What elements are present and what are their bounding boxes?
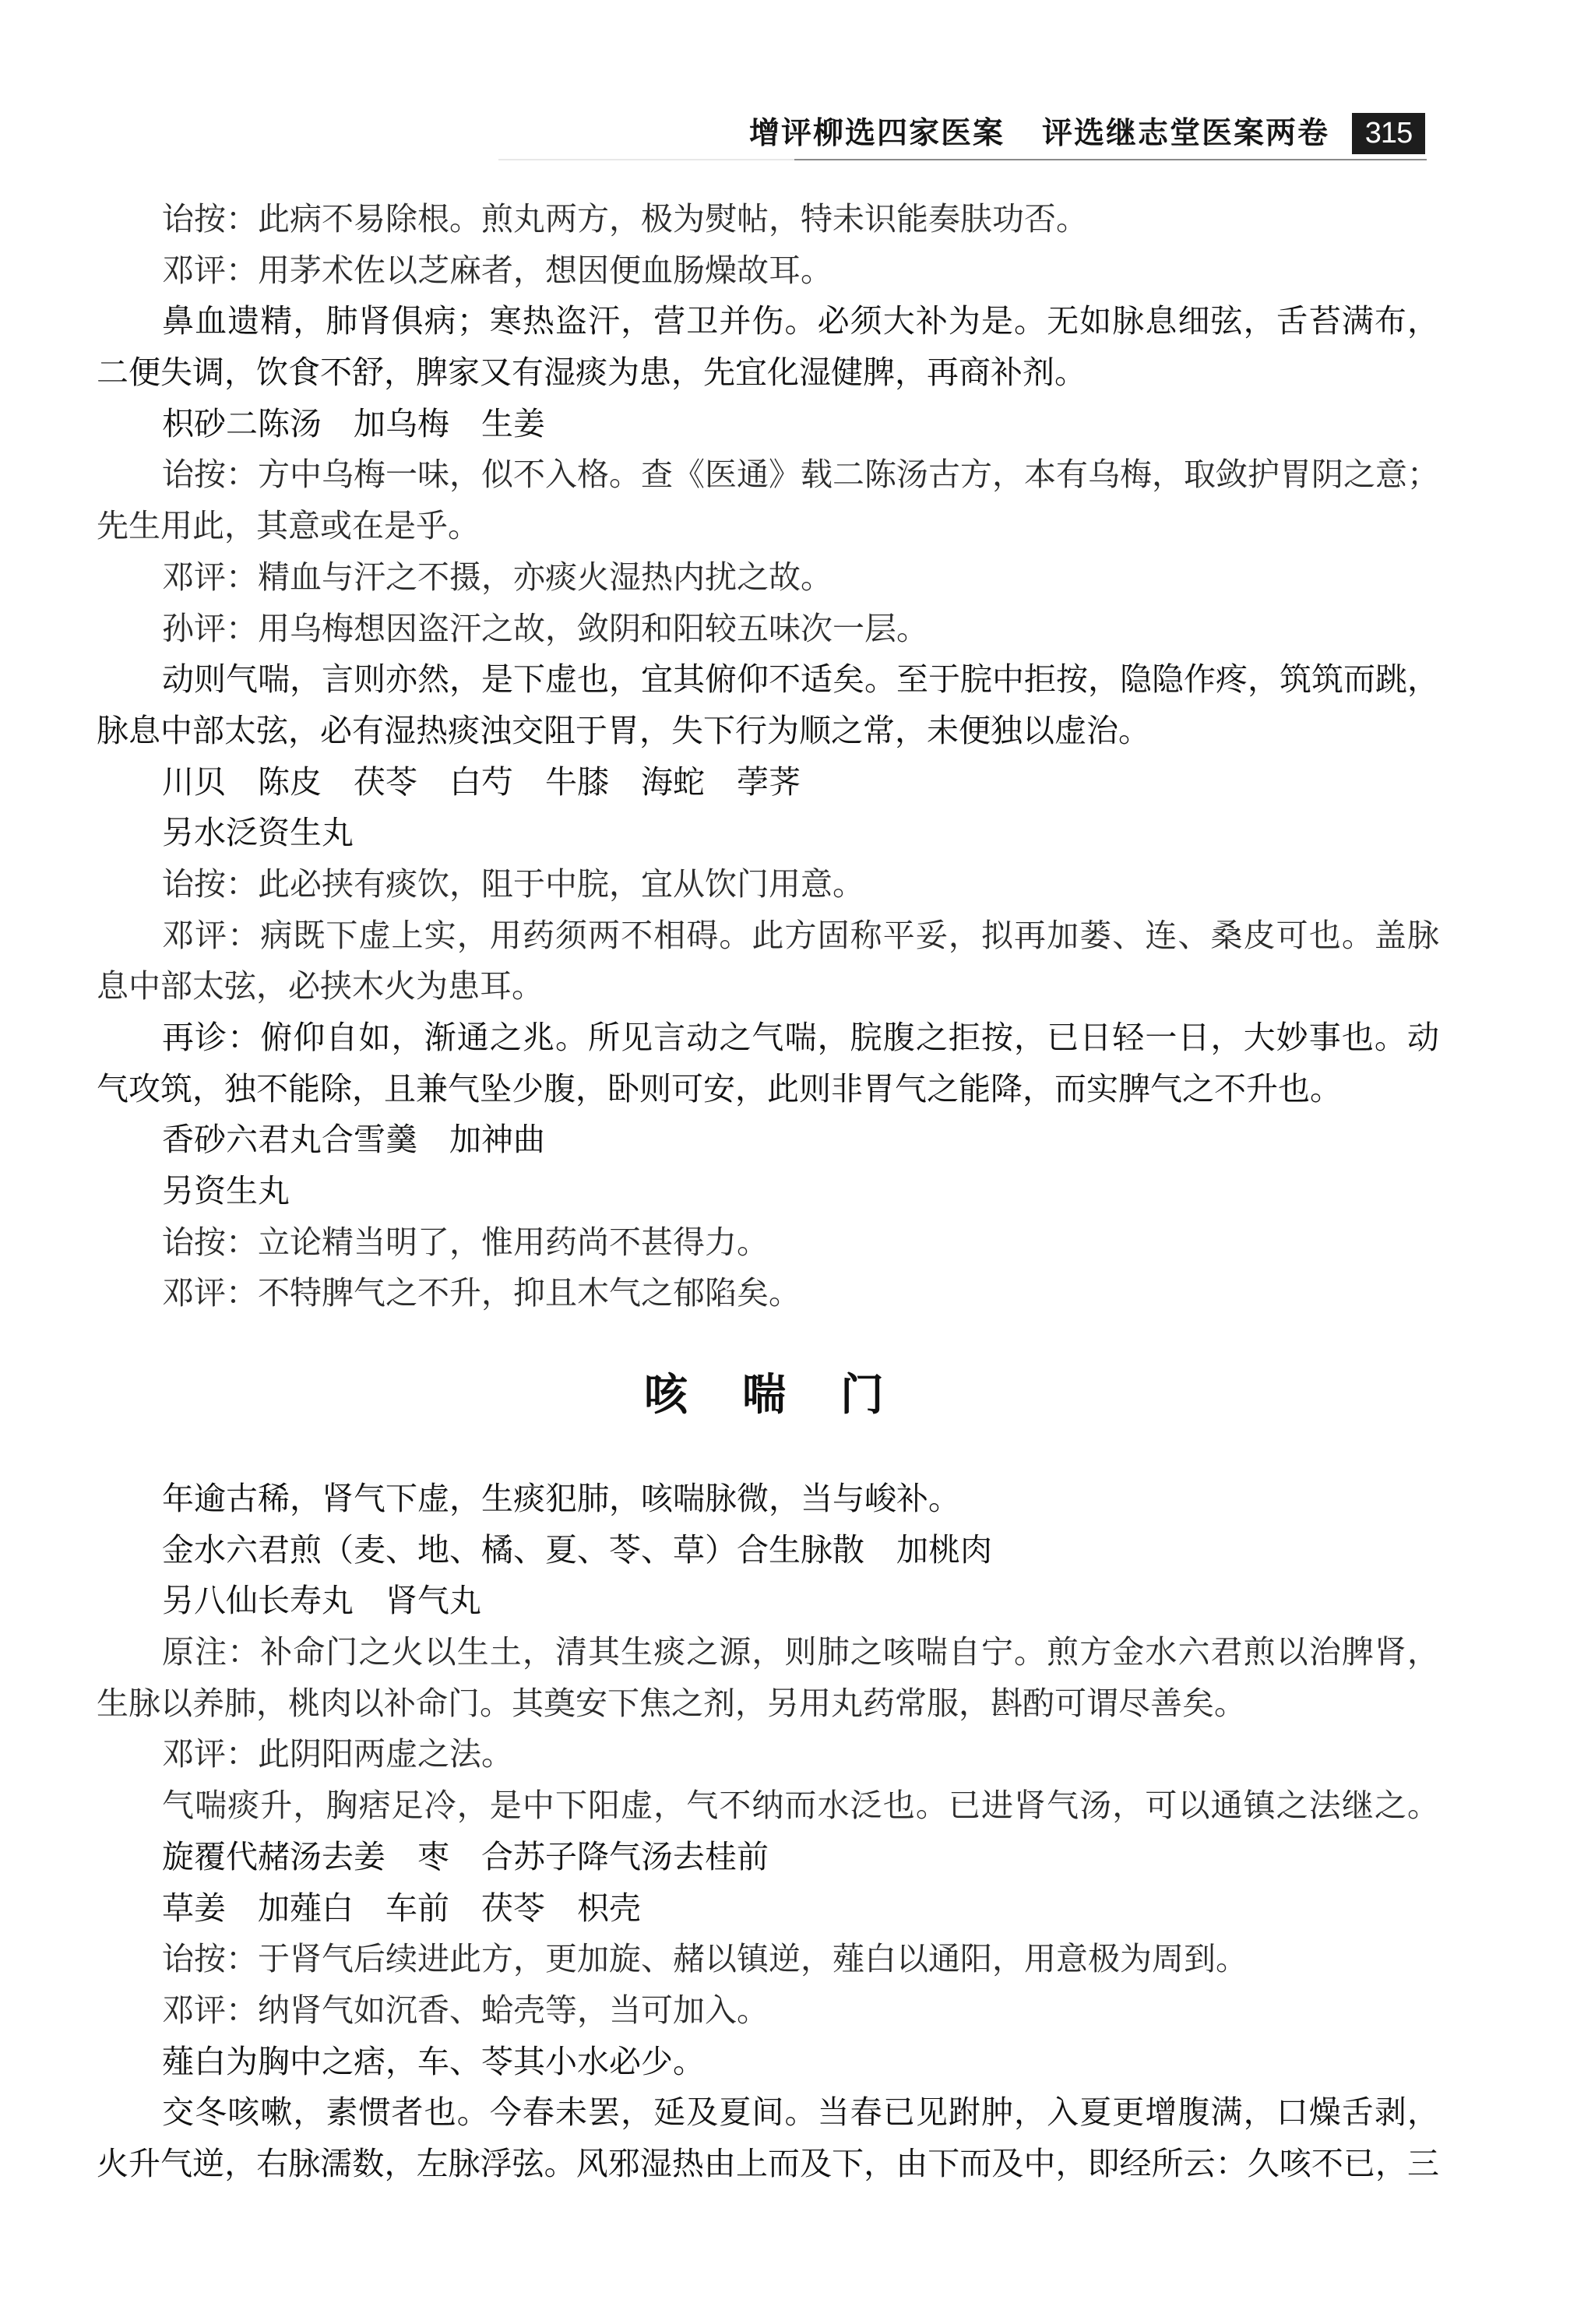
body-line: 脉息中部太弦，必有湿热痰浊交阻于胃，失下行为顺之常，未便独以虚治。 — [97, 706, 1439, 757]
body-line: 气喘痰升，胸痞足冷，是中下阳虚，气不纳而水泛也。已进肾气汤，可以通镇之法继之。 — [97, 1780, 1439, 1832]
body-line: 薤白为胸中之痞，车、苓其小水必少。 — [97, 2037, 1439, 2088]
prescription-line: 枳砂二陈汤 加乌梅 生姜 — [97, 399, 1439, 450]
body-line: 诒按：此必挟有痰饮，阻于中脘，宜从饮门用意。 — [97, 859, 1439, 910]
body-line: 孙评：用乌梅想因盗汗之故，敛阴和阳较五味次一层。 — [97, 604, 1439, 655]
body-line: 动则气喘，言则亦然，是下虚也，宜其俯仰不适矣。至于脘中拒按，隐隐作疼，筑筑而跳， — [97, 654, 1439, 706]
body-line: 生脉以养肺，桃肉以补命门。其奠安下焦之剂，另用丸药常服，斟酌可谓尽善矣。 — [97, 1678, 1439, 1730]
prescription-line: 草姜 加薤白 车前 茯苓 枳壳 — [97, 1883, 1439, 1935]
body-line: 邓评：此阴阳两虚之法。 — [97, 1729, 1439, 1780]
body-line: 邓评：不特脾气之不升，抑且木气之郁陷矣。 — [97, 1268, 1439, 1319]
body-line: 再诊：俯仰自如，渐通之兆。所见言动之气喘，脘腹之拒按，已日轻一日，大妙事也。动 — [97, 1012, 1439, 1064]
body-line: 交冬咳嗽，素惯者也。今春未罢，延及夏间。当春已见跗肿，入夏更增腹满，口燥舌剥， — [97, 2087, 1439, 2139]
body-line: 原注：补命门之火以生土，清其生痰之源，则肺之咳喘自宁。煎方金水六君煎以治脾肾， — [97, 1627, 1439, 1678]
running-header-section-title: 评选继志堂医案两卷 — [1042, 117, 1329, 150]
header-rule — [794, 159, 1427, 160]
prescription-line: 另资生丸 — [97, 1166, 1439, 1217]
body-line: 火升气逆，右脉濡数，左脉浮弦。风邪湿热由上而及下，由下而及中，即经所云：久咳不已… — [97, 2139, 1439, 2190]
body-line: 二便失调，饮食不舒，脾家又有湿痰为患，先宜化湿健脾，再商补剂。 — [97, 347, 1439, 399]
body-line: 先生用此，其意或在是乎。 — [97, 501, 1439, 552]
header-rule-faint — [498, 159, 794, 160]
body-line: 诒按：此病不易除根。煎丸两方，极为熨帖，特未识能奏肤功否。 — [97, 194, 1439, 245]
body-line: 气攻筑，独不能除，且兼气坠少腹，卧则可安，此则非胃气之能降，而实脾气之不升也。 — [97, 1064, 1439, 1115]
body-line: 邓评：纳肾气如沉香、蛤壳等，当可加入。 — [97, 1985, 1439, 2037]
chapter-heading: 咳 喘 门 — [644, 1374, 889, 1417]
prescription-line: 旋覆代赭汤去姜 枣 合苏子降气汤去桂前 — [97, 1832, 1439, 1883]
body-line: 年逾古稀，肾气下虚，生痰犯肺，咳喘脉微，当与峻补。 — [97, 1474, 1439, 1525]
body-line: 邓评：精血与汗之不摄，亦痰火湿热内扰之故。 — [97, 552, 1439, 604]
text-block-2: 年逾古稀，肾气下虚，生痰犯肺，咳喘脉微，当与峻补。 金水六君煎（麦、地、橘、夏、… — [97, 1474, 1439, 2190]
page-number-badge: 315 — [1352, 113, 1425, 154]
prescription-line: 另水泛资生丸 — [97, 808, 1439, 859]
body-line: 诒按：于肾气后续进此方，更加旋、赭以镇逆，薤白以通阳，用意极为周到。 — [97, 1934, 1439, 1985]
body-line: 邓评：病既下虚上实，用药须两不相碍。此方固称平妥，拟再加蒌、连、桑皮可也。盖脉 — [97, 910, 1439, 962]
body-line: 诒按：立论精当明了，惟用药尚不甚得力。 — [97, 1217, 1439, 1269]
prescription-line: 另八仙长寿丸 肾气丸 — [97, 1576, 1439, 1627]
body-line: 鼻血遗精，肺肾俱病；寒热盗汗，营卫并伤。必须大补为是。无如脉息细弦，舌苔满布， — [97, 296, 1439, 347]
prescription-line: 金水六君煎（麦、地、橘、夏、苓、草）合生脉散 加桃肉 — [97, 1525, 1439, 1576]
running-header-book-title: 增评柳选四家医案 — [749, 117, 1005, 150]
prescription-line: 川贝 陈皮 茯苓 白芍 牛膝 海蛇 荸荠 — [97, 757, 1439, 808]
prescription-line: 香砂六君丸合雪羹 加神曲 — [97, 1114, 1439, 1166]
text-block-1: 诒按：此病不易除根。煎丸两方，极为熨帖，特未识能奏肤功否。 邓评：用茅术佐以芝麻… — [97, 194, 1439, 1319]
body-line: 息中部太弦，必挟木火为患耳。 — [97, 961, 1439, 1012]
body-line: 诒按：方中乌梅一味，似不入格。查《医通》载二陈汤古方，本有乌梅，取敛护胃阴之意； — [97, 449, 1439, 501]
body-line: 邓评：用茅术佐以芝麻者，想因便血肠燥故耳。 — [97, 245, 1439, 297]
